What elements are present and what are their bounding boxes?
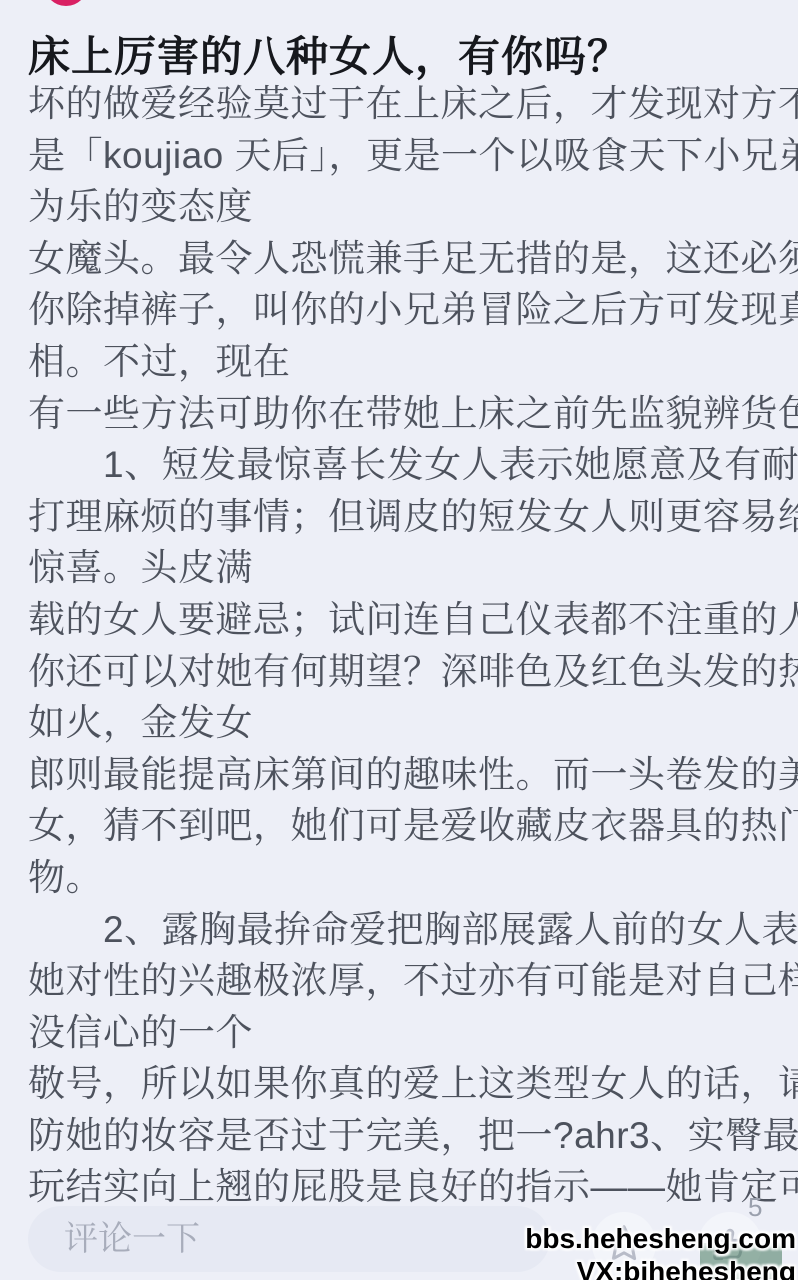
article-line: 女魔头。最令人恐慌兼手足无措的是，这还必须要 bbox=[28, 233, 788, 285]
article-line: 打理麻烦的事情；但调皮的短发女人则更容易给你 bbox=[28, 491, 788, 543]
article-line: 载的女人要避忌；试问连自己仪表都不注重的人， bbox=[28, 594, 788, 646]
article-line: 防她的妆容是否过于完美，把一?ahr3、实臀最耐 bbox=[28, 1110, 788, 1162]
watermark: bbs.hehesheng.com VX:bjhehesheng bbox=[525, 1222, 796, 1280]
watermark-line: bbs.hehesheng.com bbox=[525, 1222, 796, 1255]
article-line: 相。不过，现在 bbox=[28, 336, 788, 388]
article-line: 坏的做爱经验莫过于在上床之后，才发现对方不只 bbox=[28, 78, 788, 130]
article-line: 是「koujiao 天后」，更是一个以吸食天下小兄弟 bbox=[28, 130, 788, 182]
comment-input[interactable]: 评论一下 bbox=[28, 1206, 550, 1272]
avatar[interactable] bbox=[44, 0, 88, 6]
article-line: 2、露胸最拚命爱把胸部展露人前的女人表示 bbox=[28, 904, 788, 956]
comment-placeholder: 评论一下 bbox=[28, 1206, 550, 1272]
post-page: 床上厉害的八种女人，有你吗？ 坏的做爱经验莫过于在上床之后，才发现对方不只 是「… bbox=[0, 0, 798, 1280]
article-line: 如火，金发女 bbox=[28, 697, 788, 749]
article-line: 敬号，所以如果你真的爱上这类型女人的话，请提 bbox=[28, 1058, 788, 1110]
article-line: 有一些方法可助你在带她上床之前先监貌辨货色。 bbox=[28, 388, 788, 440]
article-line: 没信心的一个 bbox=[28, 1007, 788, 1059]
article-line: 1、短发最惊喜长发女人表示她愿意及有耐性 bbox=[28, 439, 788, 491]
watermark-line: VX:bjhehesheng bbox=[525, 1255, 796, 1280]
article-line: 为乐的变态度 bbox=[28, 181, 788, 233]
article-line: 你除掉裤子，叫你的小兄弟冒险之后方可发现真 bbox=[28, 284, 788, 336]
article-line: 郎则最能提高床第间的趣味性。而一头卷发的美少 bbox=[28, 749, 788, 801]
article-line: 女，猜不到吧，她们可是爱收藏皮衣器具的热门人 bbox=[28, 800, 788, 852]
article-body: 坏的做爱经验莫过于在上床之后，才发现对方不只 是「koujiao 天后」，更是一… bbox=[28, 78, 788, 1213]
article-line: 她对性的兴趣极浓厚，不过亦有可能是对自己样貌 bbox=[28, 955, 788, 1007]
page-title: 床上厉害的八种女人，有你吗？ bbox=[28, 24, 630, 84]
article-line: 物。 bbox=[28, 852, 788, 904]
article-line: 惊喜。头皮满 bbox=[28, 542, 788, 594]
article-line: 你还可以对她有何期望？深啡色及红色头发的热情 bbox=[28, 646, 788, 698]
